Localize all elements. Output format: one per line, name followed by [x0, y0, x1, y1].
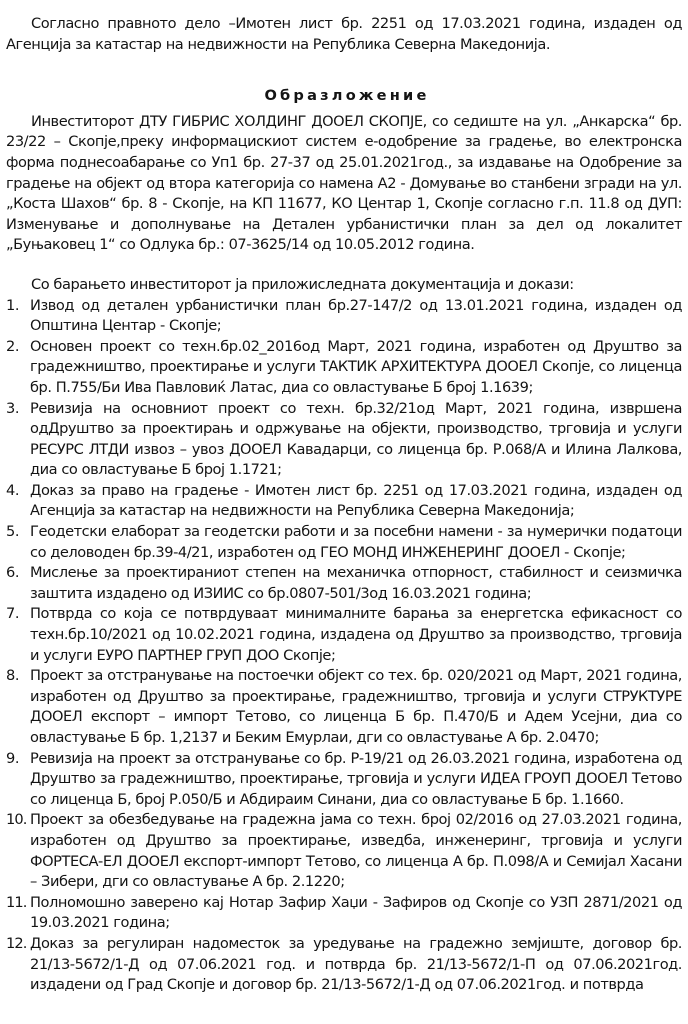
list-item-text: Проект за обезбедување на градежна јама …: [30, 811, 682, 890]
list-item: 10.Проект за обезбедување на градежна ја…: [6, 810, 682, 892]
list-item-number: 8.: [6, 666, 30, 687]
list-item-number: 4.: [6, 481, 30, 502]
list-item: 7.Потврда со која се потврдуваат минимал…: [6, 604, 682, 666]
list-item-text: Проект за отстранување на постоечки обје…: [30, 667, 682, 746]
list-item-text: Доказ за регулиран надоместок за уредува…: [30, 935, 682, 993]
list-item-text: Доказ за право на градење - Имотен лист …: [30, 482, 682, 520]
list-item: 12.Доказ за регулиран надоместок за уред…: [6, 934, 682, 996]
list-item-number: 6.: [6, 563, 30, 584]
list-item: 1.Извод од детален урбанистички план бр.…: [6, 296, 682, 337]
list-item-text: Ревизија на основниот проект со техн. бр…: [30, 400, 682, 479]
document-page: Согласно правното дело –Имотен лист бр. …: [6, 0, 682, 996]
list-item-number: 7.: [6, 604, 30, 625]
list-item: 3.Ревизија на основниот проект со техн. …: [6, 399, 682, 481]
list-item-number: 5.: [6, 522, 30, 543]
list-item-number: 12.: [6, 934, 30, 955]
list-item: 6.Мислење за проектираниот степен на мех…: [6, 563, 682, 604]
list-item: 8.Проект за отстранување на постоечки об…: [6, 666, 682, 748]
list-item: 11.Полномошно заверено кај Нотар Зафир Х…: [6, 893, 682, 934]
list-item-number: 1.: [6, 296, 30, 317]
list-item-text: Ревизија на проект за отстранување со бр…: [30, 750, 682, 808]
documents-list: 1.Извод од детален урбанистички план бр.…: [6, 296, 682, 996]
list-item-text: Полномошно заверено кај Нотар Зафир Хаџи…: [30, 894, 682, 932]
list-item-text: Основен проект со техн.бр.02_2016од Март…: [30, 338, 682, 396]
documents-intro: Со барањето инвеститорот ја приложиследн…: [6, 275, 682, 296]
list-item: 9.Ревизија на проект за отстранување со …: [6, 749, 682, 811]
list-item-text: Потврда со која се потврдуваат минимални…: [30, 605, 682, 663]
list-item-number: 10.: [6, 810, 30, 831]
opening-paragraph: Согласно правното дело –Имотен лист бр. …: [6, 14, 682, 55]
list-item: 5.Геодетски елаборат за геодетски работи…: [6, 522, 682, 563]
list-item: 2.Основен проект со техн.бр.02_2016од Ма…: [6, 337, 682, 399]
list-item-number: 11.: [6, 893, 30, 914]
list-item-number: 2.: [6, 337, 30, 358]
list-item-text: Извод од детален урбанистички план бр.27…: [30, 297, 682, 335]
list-item-number: 3.: [6, 399, 30, 420]
list-item-text: Мислење за проектираниот степен на механ…: [30, 564, 682, 602]
list-item: 4.Доказ за право на градење - Имотен лис…: [6, 481, 682, 522]
list-item-number: 9.: [6, 749, 30, 770]
list-item-text: Геодетски елаборат за геодетски работи и…: [30, 523, 682, 561]
section-heading: Образложение: [6, 86, 682, 107]
reasoning-paragraph: Инвеститорот ДТУ ГИБРИС ХОЛДИНГ ДООЕЛ СК…: [6, 112, 682, 256]
